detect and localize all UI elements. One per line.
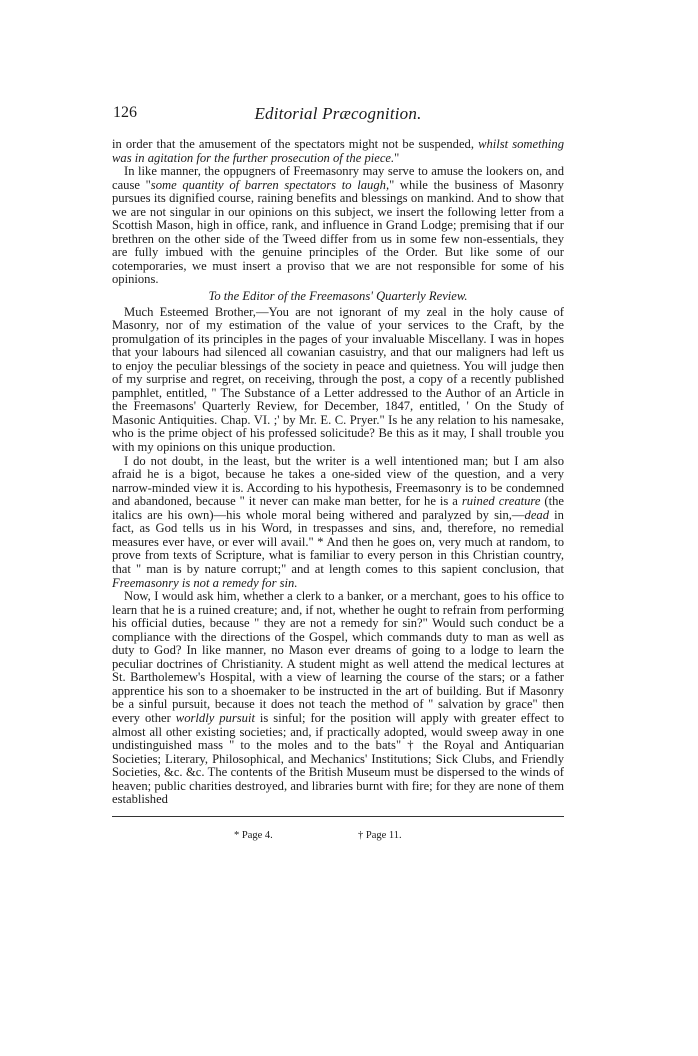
book-page: 126 Editorial Præcognition. in order tha… [112,104,564,846]
text-run: Much Esteemed Brother,—You are not ignor… [112,305,564,454]
body-text: in order that the amusement of the spect… [112,138,564,807]
text-run: " while the business of Masonry pursues … [112,178,564,287]
footnote-1: * Page 4. [234,830,273,841]
italic-text: Freemasonry is not a remedy for sin. [112,576,298,590]
footnote-divider [112,816,564,817]
paragraph-letter-opening: Much Esteemed Brother,—You are not ignor… [112,306,564,455]
text-run: in order that the amusement of the spect… [112,137,478,151]
paragraph-intro: In like manner, the oppugners of Freemas… [112,165,564,287]
running-title: Editorial Præcognition. [112,104,564,124]
italic-text: dead [525,508,549,522]
paragraph-letter-rebuttal: Now, I would ask him, whether a clerk to… [112,590,564,807]
text-run: " [394,151,399,165]
text-run: Now, I would ask him, whether a clerk to… [112,589,564,725]
text-run: is sinful; for the position will apply w… [112,711,564,806]
italic-text: some quantity of barren spectators to la… [151,178,389,192]
text-run: To the Editor of the Freemasons' Quarter… [209,289,468,303]
letter-heading: To the Editor of the Freemasons' Quarter… [112,290,564,304]
paragraph-letter-argument: I do not doubt, in the least, but the wr… [112,455,564,590]
italic-text: worldly pursuit [176,711,255,725]
footnotes: * Page 4. † Page 11. [112,830,564,846]
italic-text: ruined creature [462,494,541,508]
footnote-2: † Page 11. [358,830,402,841]
page-header: 126 Editorial Præcognition. [112,104,564,138]
paragraph-continuation: in order that the amusement of the spect… [112,138,564,165]
